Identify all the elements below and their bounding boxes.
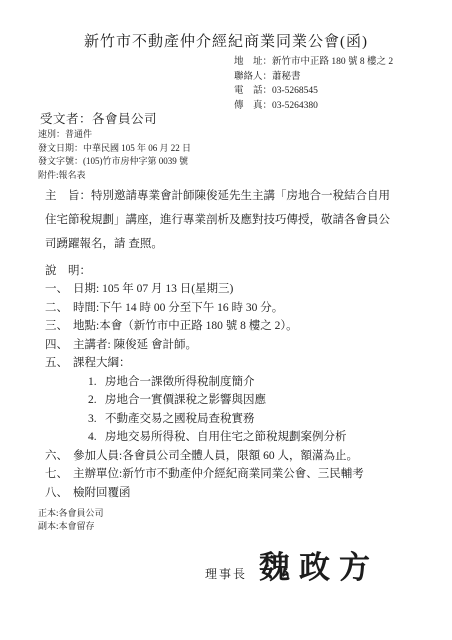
duplicate-copy-line: 副本:本會留存 [38, 520, 104, 533]
list-item: 二、時間:下午 14 時 00 分至下午 16 時 30 分。 [45, 299, 425, 318]
list-item-text: 主講者: 陳俊延 會計師。 [73, 336, 197, 355]
meta-priority-line: 速別：普通件 [38, 128, 191, 142]
recipient-line: 受文者：各會員公司 [40, 109, 157, 127]
contact-person-line: 聯絡人：蕭秘書 [234, 70, 393, 85]
course-outline-item: 4.房地交易所得稅、自用住宅之節稅規劃案例分析 [45, 428, 425, 447]
recipient-value: 各會員公司 [92, 112, 157, 126]
contact-address-line: 地 址：新竹市中正路 180 號 8 樓之 2 [234, 55, 393, 70]
list-item-number: 2. [88, 391, 105, 410]
list-item-text: 日期: 105 年 07 月 13 日(星期三) [73, 280, 233, 299]
list-item: 六、參加人員:各會員公司全體人員，限額 60 人，額滿為止。 [45, 447, 425, 466]
subject-block: 主 旨：特別邀請專業會計師陳俊延先生主講「房地合一稅結合自用 住宅節稅規劃」講座… [45, 184, 420, 256]
subject-line-1: 主 旨：特別邀請專業會計師陳俊延先生主講「房地合一稅結合自用 [45, 184, 420, 208]
list-item-number: 一、 [45, 280, 73, 299]
list-item-text: 房地交易所得稅、自用住宅之節稅規劃案例分析 [105, 428, 347, 447]
course-outline-item: 2.房地合一實價課稅之影響與因應 [45, 391, 425, 410]
contact-phone-label: 電 話： [234, 84, 272, 99]
letter-title: 新竹市不動產仲介經紀商業同業公會(函) [0, 30, 452, 51]
list-item-text: 房地合一實價課稅之影響與因應 [105, 391, 266, 410]
list-item-text: 主辦單位:新竹市不動產仲介經紀商業同業公會、三民輔考 [73, 465, 364, 484]
contact-person-value: 蕭秘書 [272, 72, 301, 82]
list-item-text: 檢附回覆函 [73, 484, 131, 503]
list-item-number: 五、 [45, 354, 73, 373]
list-item-number: 六、 [45, 447, 73, 466]
recipient-label: 受文者： [40, 112, 92, 126]
list-item-text: 時間:下午 14 時 00 分至下午 16 時 30 分。 [73, 299, 283, 318]
contact-address-value: 新竹市中正路 180 號 8 樓之 2 [272, 57, 393, 67]
explanation-list: 一、日期: 105 年 07 月 13 日(星期三) 二、時間:下午 14 時 … [45, 280, 425, 502]
contact-address-label: 地 址： [234, 55, 272, 70]
original-copy-line: 正本:各會員公司 [38, 507, 104, 520]
course-outline-item: 1.房地合一課徵所得稅制度簡介 [45, 373, 425, 392]
list-item-text: 參加人員:各會員公司全體人員，限額 60 人，額滿為止。 [73, 447, 358, 466]
course-outline-item: 3.不動產交易之國稅局查稅實務 [45, 410, 425, 429]
contact-fax-label: 傳 真： [234, 99, 272, 114]
meta-attachment-line: 附件:報名表 [38, 169, 191, 183]
list-item: 四、主講者: 陳俊延 會計師。 [45, 336, 425, 355]
list-item-text: 房地合一課徵所得稅制度簡介 [105, 373, 255, 392]
list-item-number: 三、 [45, 317, 73, 336]
distribution-block: 正本:各會員公司 副本:本會留存 [38, 507, 104, 533]
contact-block: 地 址：新竹市中正路 180 號 8 樓之 2 聯絡人：蕭秘書 電 話：03-5… [234, 55, 393, 113]
list-item-number: 二、 [45, 299, 73, 318]
explanation-label: 說 明： [45, 262, 91, 278]
subject-line-3: 司踴躍報名，請 查照。 [45, 232, 420, 256]
meta-block: 速別：普通件 發文日期：中華民國 105 年 06 月 22 日 發文字號：(1… [38, 128, 191, 182]
list-item-number: 3. [88, 410, 105, 429]
meta-reference-number-line: 發文字號：(105)竹市房仲字第 0039 號 [38, 155, 191, 169]
list-item-text: 地點:本會（新竹市中正路 180 號 8 樓之 2）。 [73, 317, 298, 336]
list-item: 七、主辦單位:新竹市不動產仲介經紀商業同業公會、三民輔考 [45, 465, 425, 484]
chairman-signature-name: 魏政方 [259, 542, 379, 587]
contact-fax-line: 傳 真：03-5264380 [234, 99, 393, 114]
chairman-title: 理事長 [205, 565, 247, 582]
list-item-number: 4. [88, 428, 105, 447]
list-item-number: 八、 [45, 484, 73, 503]
list-item: 五、課程大綱： [45, 354, 425, 373]
subject-line-2: 住宅節稅規劃」講座，進行專業剖析及應對技巧傳授，敬請各會員公 [45, 208, 420, 232]
contact-phone-value: 03-5268545 [272, 86, 318, 96]
contact-fax-value: 03-5264380 [272, 101, 318, 111]
list-item-text: 課程大綱： [73, 354, 131, 373]
list-item: 一、日期: 105 年 07 月 13 日(星期三) [45, 280, 425, 299]
signature-block: 理事長 魏政方 [205, 542, 379, 587]
list-item-text: 不動產交易之國稅局查稅實務 [105, 410, 255, 429]
meta-issue-date-line: 發文日期：中華民國 105 年 06 月 22 日 [38, 142, 191, 156]
contact-phone-line: 電 話：03-5268545 [234, 84, 393, 99]
list-item-number: 四、 [45, 336, 73, 355]
list-item-number: 七、 [45, 465, 73, 484]
contact-person-label: 聯絡人： [234, 70, 272, 85]
list-item-number: 1. [88, 373, 105, 392]
list-item: 三、地點:本會（新竹市中正路 180 號 8 樓之 2）。 [45, 317, 425, 336]
list-item: 八、檢附回覆函 [45, 484, 425, 503]
official-letter-page: 新竹市不動產仲介經紀商業同業公會(函) 地 址：新竹市中正路 180 號 8 樓… [0, 0, 452, 640]
